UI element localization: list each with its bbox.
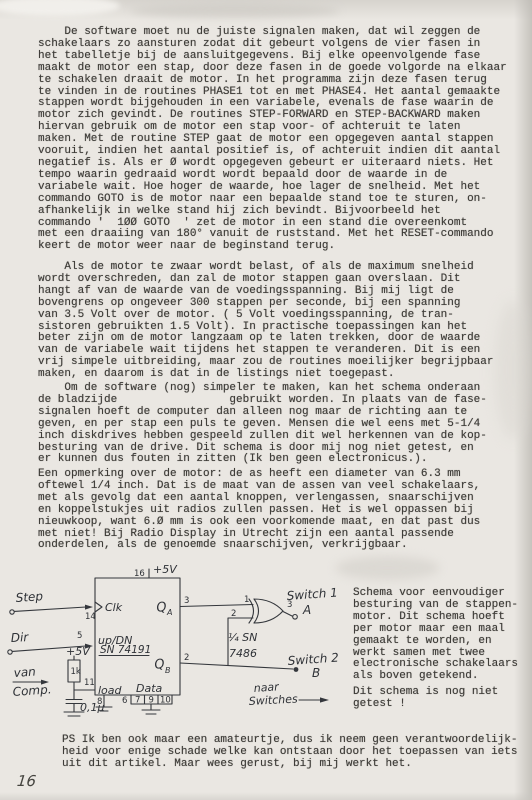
output-a-label: A	[302, 603, 311, 617]
pin10-label: 10	[160, 696, 171, 706]
pin2-label: 2	[184, 653, 189, 663]
van-label: van	[13, 664, 36, 680]
gate-number-label: 7486	[229, 647, 257, 660]
vcc-left-label: +5V	[66, 645, 91, 658]
data-pins-label: Data	[136, 682, 163, 695]
step-terminal	[10, 610, 14, 614]
output-b-label: B	[312, 666, 320, 680]
dir-terminal	[8, 650, 12, 654]
comp-label: Comp.	[12, 682, 52, 699]
paragraph-schema: Om de software (nog) simpeler te maken, …	[38, 383, 487, 466]
step-arrowhead-icon	[85, 605, 93, 610]
switch1-terminal	[293, 615, 298, 620]
ps-disclaimer: PS Ik ben ook maar een amateurtje, dus i…	[62, 735, 517, 771]
xor-back-arc	[249, 599, 254, 623]
qb-output-label: Q	[153, 657, 165, 673]
pin8-label: 8	[97, 697, 102, 707]
pin16-label: 16	[134, 569, 145, 579]
paragraph-belasting: Als de motor te zwaar wordt belast, of a…	[38, 262, 493, 381]
pin6-label: 6	[122, 696, 127, 706]
naar-switches-arrowhead-icon	[320, 697, 329, 702]
pin11-label: 11	[84, 678, 95, 688]
schematic-note: Schema voor eenvoudiger besturing van de…	[353, 588, 518, 683]
dir-input-label: Dir	[10, 630, 29, 645]
qb-wire	[180, 663, 293, 669]
vcc-top-label: +5V	[153, 563, 178, 576]
pin5-label: 5	[77, 631, 82, 641]
scan-edge-top	[0, 0, 532, 20]
qa-output-label: Q	[155, 600, 167, 616]
gate-name-label: ¼ SN	[228, 631, 257, 644]
clk-pin-label: Clk	[105, 601, 123, 614]
schematic-note-untested: Dit schema is nog niet getest !	[353, 687, 498, 711]
xor-gate-body	[254, 599, 283, 623]
resistor-value-label: 1k	[71, 667, 81, 677]
step-input-label: Step	[15, 589, 44, 605]
clock-triangle-icon	[95, 602, 102, 612]
qa-subscript-label: A	[166, 608, 172, 617]
scan-edge-bottom	[0, 792, 532, 800]
page-number: 16	[16, 772, 37, 790]
switch2-terminal	[294, 667, 299, 672]
ic-name-label: SN 74191	[100, 644, 151, 656]
pin14-label: 14	[85, 612, 96, 622]
switch1-label: Switch 1	[286, 585, 338, 603]
xor-output-wire	[283, 612, 292, 617]
xor-in1-label: 1	[244, 595, 249, 605]
load-pin-label: load	[98, 684, 123, 697]
step-wire	[14, 607, 86, 611]
switches-label: Switches	[248, 692, 298, 708]
pin3-label: 3	[184, 596, 189, 606]
pin7-label: 7	[135, 696, 140, 706]
scanned-page: De software moet nu de juiste signalen m…	[0, 0, 532, 800]
qb-subscript-label: B	[165, 666, 171, 675]
paragraph-software: De software moet nu de juiste signalen m…	[38, 27, 507, 253]
paragraph-motor-as: Een opmerking over de motor: de as heeft…	[38, 469, 480, 552]
qa-wire	[180, 605, 253, 607]
xor-in2-label: 2	[231, 609, 236, 619]
